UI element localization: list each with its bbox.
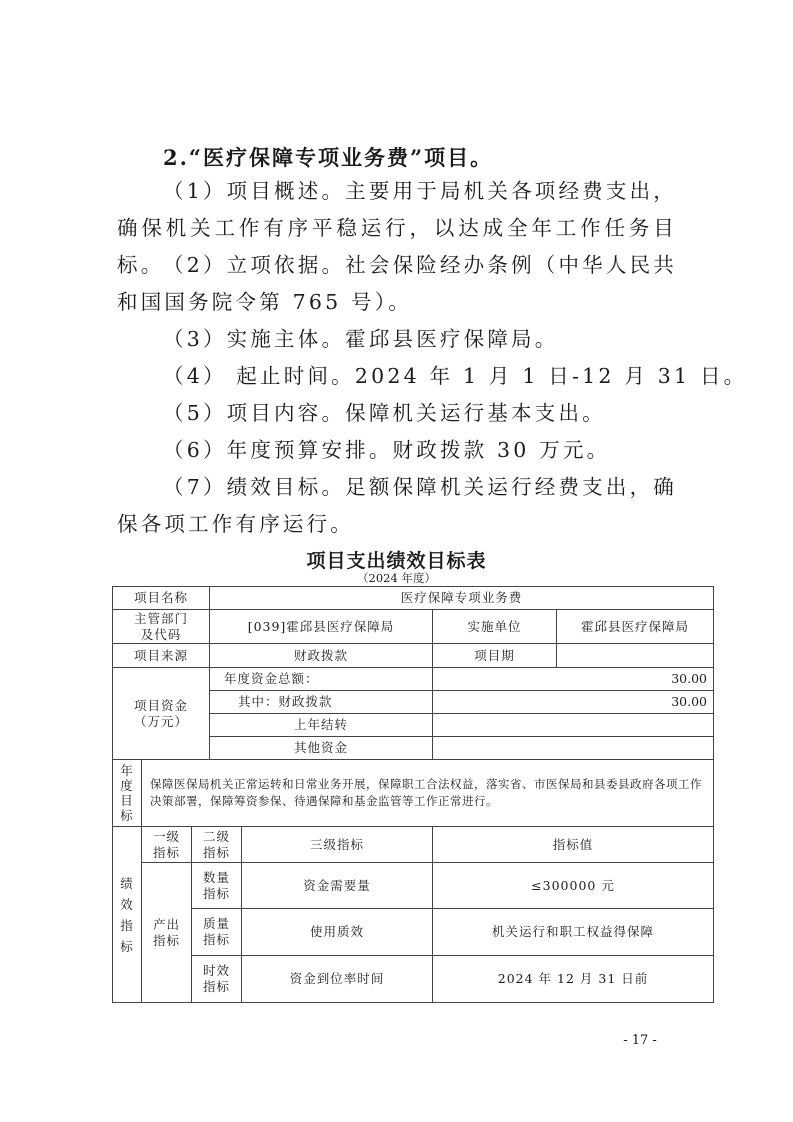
dept-value: [039]霍邱县医疗保障局 xyxy=(209,609,433,644)
annual-goal-label: 年 度 目 标 xyxy=(112,759,142,827)
table-title: 项目支出绩效目标表 xyxy=(0,546,793,573)
level2-line: 质量 xyxy=(203,916,230,932)
perf-label-char: 标 xyxy=(120,936,134,957)
page-number: - 17 - xyxy=(610,1033,670,1048)
table-subtitle: （2024 年度） xyxy=(0,570,793,586)
fund-fiscal-label: 其中：财政拨款 xyxy=(209,690,433,714)
perf-label: 绩 效 指 标 xyxy=(112,826,142,1003)
level1-line: 产出 xyxy=(153,917,180,933)
paragraph-basis: （2）立项依据。社会保险经办条例（中华人民共和国国务院令第 765 号）。 xyxy=(117,247,677,321)
header-value: 指标值 xyxy=(432,826,714,863)
source-value: 财政拨款 xyxy=(209,643,433,668)
project-name-label: 项目名称 xyxy=(112,586,210,610)
fund-fiscal-value: 30.00 xyxy=(432,690,714,714)
header-level1: 一级 指标 xyxy=(141,826,192,863)
paragraph-period: （4） 起止时间。2024 年 1 月 1 日-12 月 31 日。 xyxy=(117,358,677,395)
level2-line: 指标 xyxy=(203,932,230,948)
goal-label-char: 标 xyxy=(120,808,134,823)
section-heading: 2.“医疗保障专项业务费”项目。 xyxy=(163,142,493,172)
fund-carryover-value xyxy=(432,713,714,737)
paragraph-goal: （7）绩效目标。足额保障机关运行经费支出，确保各项工作有序运行。 xyxy=(117,469,677,543)
fund-other-label: 其他资金 xyxy=(209,736,433,760)
indicator-level2: 质量 指标 xyxy=(191,908,242,956)
indicator-level3: 使用质效 xyxy=(241,908,433,956)
level1-output: 产出 指标 xyxy=(141,862,192,1003)
performance-target-table: 项目名称 医疗保障专项业务费 主管部门 及代码 [039]霍邱县医疗保障局 实施… xyxy=(112,586,714,1003)
paragraph-content: （5）项目内容。保障机关运行基本支出。 xyxy=(117,395,677,432)
period-value xyxy=(556,643,714,668)
indicator-value: 2024 年 12 月 31 日前 xyxy=(432,955,714,1003)
indicator-value: ≤300000 元 xyxy=(432,862,714,909)
period-label: 项目期 xyxy=(432,643,557,668)
level1-line: 指标 xyxy=(153,933,180,949)
header-line: 二级 xyxy=(203,829,230,845)
indicator-value: 机关运行和职工权益得保障 xyxy=(432,908,714,956)
header-level3: 三级指标 xyxy=(241,826,433,863)
level2-line: 指标 xyxy=(203,886,230,902)
indicator-level2: 时效 指标 xyxy=(191,955,242,1003)
level2-line: 时效 xyxy=(203,963,230,979)
level2-line: 指标 xyxy=(203,979,230,995)
goal-label-char: 年 xyxy=(120,763,134,778)
annual-goal-text: 保障医保局机关正常运转和日常业务开展，保障职工合法权益，落实省、市医保局和县委县… xyxy=(141,759,714,827)
funds-label-line2: （万元） xyxy=(134,714,188,730)
header-line: 指标 xyxy=(153,845,180,861)
dept-label-line1: 主管部门 xyxy=(134,611,188,627)
header-line: 指标 xyxy=(203,845,230,861)
indicator-level3: 资金到位率时间 xyxy=(241,955,433,1003)
impl-unit-value: 霍邱县医疗保障局 xyxy=(556,609,714,644)
perf-label-char: 指 xyxy=(120,915,134,936)
funds-label: 项目资金 （万元） xyxy=(112,667,210,760)
dept-label-line2: 及代码 xyxy=(141,627,182,643)
fund-other-value xyxy=(432,736,714,760)
impl-unit-label: 实施单位 xyxy=(432,609,557,644)
perf-label-char: 绩 xyxy=(120,873,134,894)
fund-total-label: 年度资金总额： xyxy=(209,667,433,691)
paragraph-implementer: （3）实施主体。霍邱县医疗保障局。 xyxy=(117,321,677,358)
indicator-level3: 资金需要量 xyxy=(241,862,433,909)
funds-label-line1: 项目资金 xyxy=(134,698,188,714)
indicator-level2: 数量 指标 xyxy=(191,862,242,909)
source-label: 项目来源 xyxy=(112,643,210,668)
dept-label: 主管部门 及代码 xyxy=(112,609,210,644)
level2-line: 数量 xyxy=(203,870,230,886)
header-line: 一级 xyxy=(153,829,180,845)
goal-label-char: 目 xyxy=(120,793,134,808)
header-level2: 二级 指标 xyxy=(191,826,242,863)
fund-total-value: 30.00 xyxy=(432,667,714,691)
paragraph-budget: （6）年度预算安排。财政拨款 30 万元。 xyxy=(117,432,677,469)
fund-carryover-label: 上年结转 xyxy=(209,713,433,737)
project-name-value: 医疗保障专项业务费 xyxy=(209,586,714,610)
perf-label-char: 效 xyxy=(120,894,134,915)
goal-label-char: 度 xyxy=(120,778,134,793)
